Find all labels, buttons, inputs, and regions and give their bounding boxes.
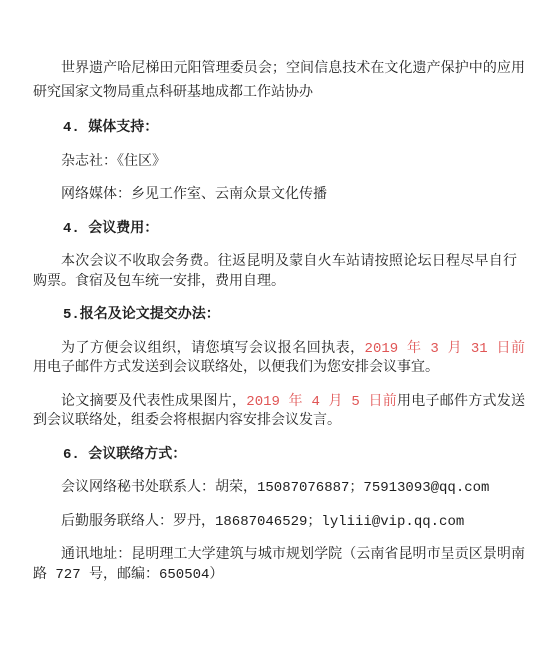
- heading-contact-info: 6. 会议联络方式：: [63, 446, 525, 466]
- paragraph-registration-deadline: 为了方便会议组织，请您填写会议报名回执表，2019 年 3 月 31 日前用电子…: [33, 340, 525, 379]
- magazine-text: 杂志社：《住区》: [61, 154, 166, 170]
- secretary-phone-number: 15087076887: [257, 480, 349, 496]
- online-media-text: 网络媒体：乡见工作室、云南众景文化传播: [61, 187, 327, 203]
- paragraph-online-media: 网络媒体：乡见工作室、云南众景文化传播: [33, 186, 525, 206]
- paragraph-abstract-deadline: 论文摘要及代表性成果图片，2019 年 4 月 5 日前用电子邮件方式发送到会议…: [33, 393, 525, 432]
- registration-pre-text: 为了方便会议组织，请您填写会议报名回执表，: [61, 341, 365, 357]
- logistics-contact-label: 后勤服务联络人：罗丹，: [61, 514, 215, 530]
- heading-submission-method: 5.报名及论文提交办法：: [63, 306, 525, 326]
- abstract-pre-text: 论文摘要及代表性成果图片，: [61, 394, 246, 410]
- paragraph-magazine: 杂志社：《住区》: [33, 153, 525, 173]
- organizers-text: 世界遗产哈尼梯田元阳管理委员会；空间信息技术在文化遗产保护中的应用研究国家文物局…: [33, 61, 525, 101]
- paragraph-secretary-contact: 会议网络秘书处联系人：胡荣，15087076887；75913093@qq.co…: [33, 479, 525, 499]
- heading-conference-fee-text: 4. 会议费用：: [63, 221, 158, 237]
- registration-post-text: 用电子邮件方式发送到会议联络处，以便我们为您安排会议事宜。: [33, 360, 439, 376]
- heading-conference-fee: 4. 会议费用：: [63, 220, 525, 240]
- abstract-deadline-date: 2019 年 4 月 5 日前: [246, 394, 397, 410]
- registration-deadline-date: 2019 年 3 月 31 日前: [365, 341, 525, 357]
- heading-media-support: 4. 媒体支持：: [63, 119, 525, 139]
- logistics-phone-number: 18687046529: [215, 514, 307, 530]
- paragraph-mailing-address: 通讯地址：昆明理工大学建筑与城市规划学院（云南省昆明市呈贡区景明南路 727 号…: [33, 546, 525, 585]
- paragraph-fee-info: 本次会议不收取会务费。往返昆明及蒙自火车站请按照论坛日程尽早自行购票。食宿及包车…: [33, 253, 525, 292]
- heading-media-support-text: 4. 媒体支持：: [63, 120, 158, 136]
- heading-contact-info-text: 6. 会议联络方式：: [63, 447, 186, 463]
- document-page: 世界遗产哈尼梯田元阳管理委员会；空间信息技术在文化遗产保护中的应用研究国家文物局…: [0, 0, 552, 649]
- logistics-email-address: lyliii@vip.qq.com: [321, 514, 464, 530]
- heading-submission-method-text: 5.报名及论文提交办法：: [63, 307, 220, 323]
- secretary-contact-label: 会议网络秘书处联系人：胡荣，: [61, 480, 257, 496]
- paragraph-organizers: 世界遗产哈尼梯田元阳管理委员会；空间信息技术在文化遗产保护中的应用研究国家文物局…: [33, 57, 525, 105]
- fee-info-text: 本次会议不收取会务费。往返昆明及蒙自火车站请按照论坛日程尽早自行购票。食宿及包车…: [33, 254, 517, 290]
- secretary-separator: ；: [349, 480, 363, 496]
- paragraph-logistics-contact: 后勤服务联络人：罗丹，18687046529；lyliii@vip.qq.com: [33, 513, 525, 533]
- logistics-separator: ；: [307, 514, 321, 530]
- secretary-email-address: 75913093@qq.com: [363, 480, 489, 496]
- mailing-address-text: 通讯地址：昆明理工大学建筑与城市规划学院（云南省昆明市呈贡区景明南路 727 号…: [33, 547, 525, 583]
